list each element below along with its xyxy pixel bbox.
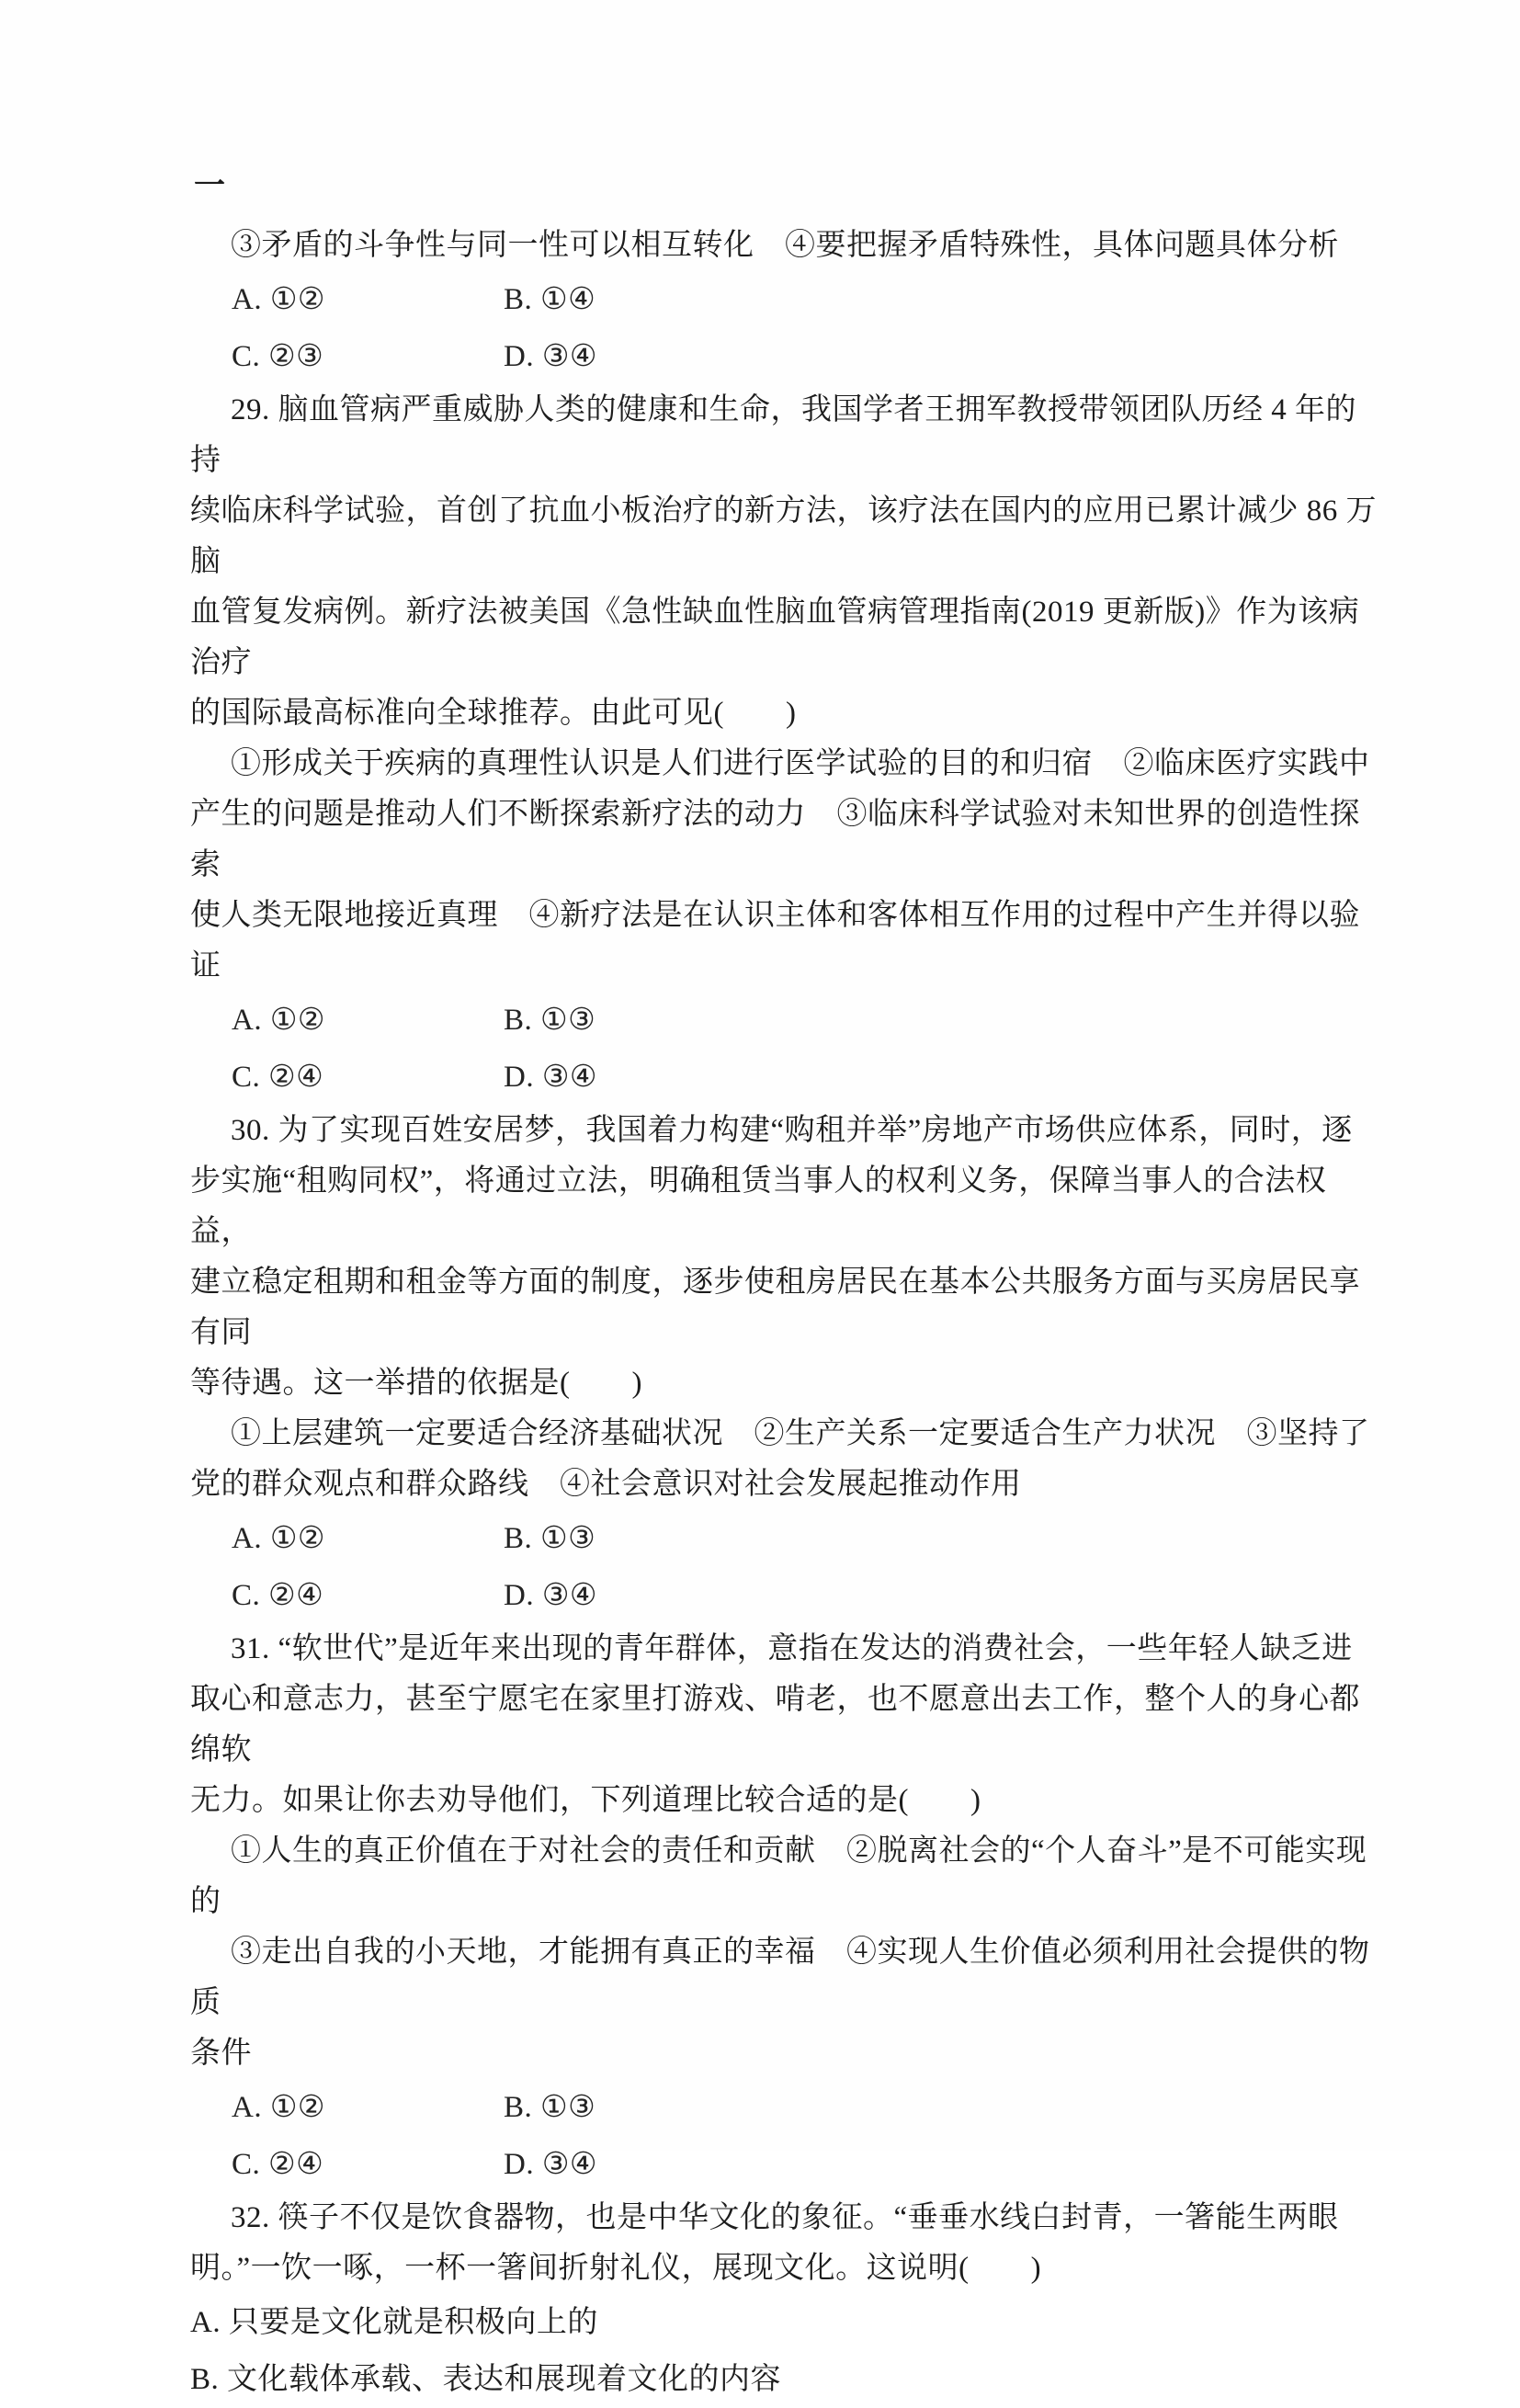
q30-item-line: ①上层建筑一定要适合经济基础状况 ②生产关系一定要适合生产力状况 ③坚持了	[190, 1409, 1378, 1460]
exam-page: 一 ③矛盾的斗争性与同一性可以相互转化 ④要把握矛盾特殊性，具体问题具体分析 A…	[0, 0, 1520, 2151]
q28-option-d: D. ③④	[504, 328, 1378, 385]
q30-body-line: 30. 为了实现百姓安居梦，我国着力构建“购租并举”房地产市场供应体系，同时，逐	[190, 1106, 1378, 1156]
q29-item-line: ①形成关于疾病的真理性认识是人们进行医学试验的目的和归宿 ②临床医疗实践中	[190, 739, 1378, 789]
q29-item-line: 使人类无限地接近真理 ④新疗法是在认识主体和客体相互作用的过程中产生并得以验证	[190, 891, 1378, 992]
q29-option-d: D. ③④	[504, 1049, 1378, 1106]
exam-content: ③矛盾的斗争性与同一性可以相互转化 ④要把握矛盾特殊性，具体问题具体分析 A. …	[190, 221, 1378, 2408]
q29-options: A. ①② B. ①③ C. ②④ D. ③④	[190, 992, 1378, 1106]
q29-option-b: B. ①③	[504, 992, 1378, 1049]
q29-option-c: C. ②④	[232, 1049, 504, 1106]
q31-options: A. ①② B. ①③ C. ②④ D. ③④	[190, 2079, 1378, 2193]
q29-item-line: 产生的问题是推动人们不断探索新疗法的动力 ③临床科学试验对未知世界的创造性探索	[190, 789, 1378, 891]
q31-option-a: A. ①②	[232, 2079, 504, 2136]
q28-option-a: A. ①②	[232, 271, 504, 328]
q31-item-line: 条件	[190, 2028, 1378, 2079]
q30-option-d: D. ③④	[504, 1567, 1378, 1624]
q29-body-line: 的国际最高标准向全球推荐。由此可见( )	[190, 688, 1378, 739]
q32-option-b: B. 文化载体承载、表达和展现着文化的内容	[190, 2351, 1378, 2408]
q32-body-line: 32. 筷子不仅是饮食器物，也是中华文化的象征。“垂垂水线白封青，一箸能生两眼	[190, 2193, 1378, 2243]
q28-option-b: B. ①④	[504, 271, 1378, 328]
q32-body-line: 明。”一饮一啄，一杯一箸间折射礼仪，展现文化。这说明( )	[190, 2243, 1378, 2294]
q31-body-line: 无力。如果让你去劝导他们，下列道理比较合适的是( )	[190, 1776, 1378, 1826]
q29-option-a: A. ①②	[232, 992, 504, 1049]
q28-item-line: ③矛盾的斗争性与同一性可以相互转化 ④要把握矛盾特殊性，具体问题具体分析	[190, 221, 1378, 271]
q29-body-line: 续临床科学试验，首创了抗血小板治疗的新方法，该疗法在国内的应用已累计减少 86 …	[190, 486, 1378, 587]
q31-item-line: ①人生的真正价值在于对社会的责任和贡献 ②脱离社会的“个人奋斗”是不可能实现	[190, 1826, 1378, 1877]
q31-option-c: C. ②④	[232, 2136, 504, 2193]
q31-body-line: 31. “软世代”是近年来出现的青年群体，意指在发达的消费社会，一些年轻人缺乏进	[190, 1624, 1378, 1675]
q31-option-d: D. ③④	[504, 2136, 1378, 2193]
q30-item-line: 党的群众观点和群众路线 ④社会意识对社会发展起推动作用	[190, 1460, 1378, 1510]
q31-body-line: 取心和意志力，甚至宁愿宅在家里打游戏、啃老，也不愿意出去工作，整个人的身心都绵软	[190, 1675, 1378, 1776]
q32-option-a: A. 只要是文化就是积极向上的	[190, 2294, 1378, 2351]
q31-option-b: B. ①③	[504, 2079, 1378, 2136]
q31-item-line: ③走出自我的小天地，才能拥有真正的幸福 ④实现人生价值必须利用社会提供的物质	[190, 1927, 1378, 2028]
q30-body-line: 建立稳定租期和租金等方面的制度，逐步使租房居民在基本公共服务方面与买房居民享有同	[190, 1257, 1378, 1358]
q30-option-c: C. ②④	[232, 1567, 504, 1624]
q30-option-a: A. ①②	[232, 1510, 504, 1567]
page-corner-mark: 一	[194, 171, 225, 202]
q31-item-line: 的	[190, 1877, 1378, 1927]
q28-options: A. ①② B. ①④ C. ②③ D. ③④	[190, 271, 1378, 385]
q30-options: A. ①② B. ①③ C. ②④ D. ③④	[190, 1510, 1378, 1624]
q30-body-line: 步实施“租购同权”，将通过立法，明确租赁当事人的权利义务，保障当事人的合法权益，	[190, 1156, 1378, 1257]
q29-body-line: 血管复发病例。新疗法被美国《急性缺血性脑血管病管理指南(2019 更新版)》作为…	[190, 587, 1378, 688]
q30-body-line: 等待遇。这一举措的依据是( )	[190, 1358, 1378, 1409]
q28-option-c: C. ②③	[232, 328, 504, 385]
q29-body-line: 29. 脑血管病严重威胁人类的健康和生命，我国学者王拥军教授带领团队历经 4 年…	[190, 385, 1378, 486]
q30-option-b: B. ①③	[504, 1510, 1378, 1567]
